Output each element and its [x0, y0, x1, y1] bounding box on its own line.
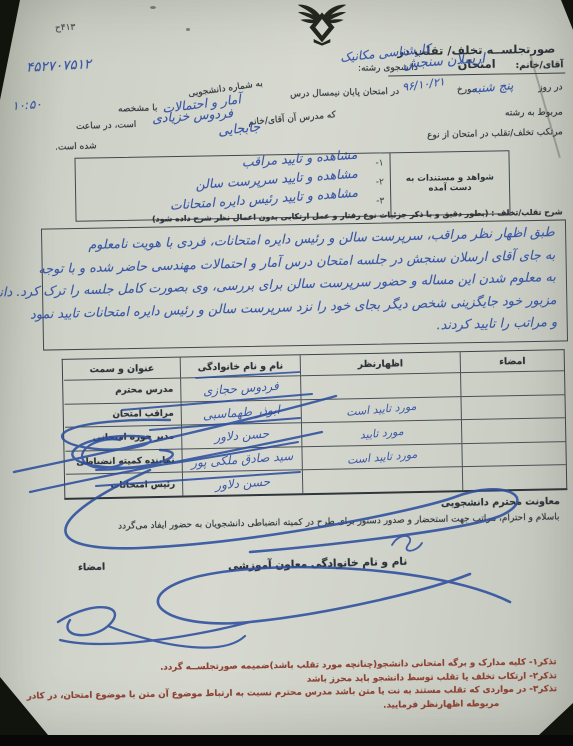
opinion-text	[302, 379, 460, 393]
evidence-item-number: ۳-	[376, 196, 384, 206]
deputy-signature-label: امضاء	[78, 562, 105, 574]
field-label-related-major: مربوط به رشته	[505, 107, 563, 118]
photo-bottom-strip	[0, 735, 573, 746]
field-label-day: در روز	[539, 82, 564, 93]
name-cell: ابوذر طهماسبی	[182, 399, 302, 425]
footer-notes: تذکر۱- کلیه مدارک و برگه امتحانی دانشجو(…	[9, 656, 558, 718]
opinion-cell	[301, 372, 461, 399]
opinion-text	[303, 473, 461, 487]
field-label-committed: شده است.	[55, 141, 97, 152]
opinion-cell: مورد تایید است	[302, 396, 462, 423]
name-cell: فردوس حجازی	[181, 375, 301, 401]
role-cell: رئیس امتحانات	[66, 472, 183, 498]
signature-cell	[462, 441, 565, 467]
name-cell: حسن دلاور	[183, 470, 303, 496]
role-cell: مدیر حوزه امتحانی	[65, 425, 182, 451]
evidence-item-number: ۱-	[375, 158, 383, 168]
description-box: طبق اظهار نظر مراقب، سرپرست سالن و رئیس …	[41, 219, 568, 350]
column-header-role: عنوان و سمت	[64, 358, 181, 380]
opinion-cell: مورد تایید	[302, 419, 462, 446]
signature-cell	[461, 394, 564, 420]
university-emblem-icon	[297, 2, 347, 46]
name-text: فردوس حجازی	[181, 377, 301, 399]
name-cell: حسن دلاور	[182, 422, 302, 448]
column-header-name: نام و نام خانوادگی	[181, 355, 301, 377]
form-code: ۴۱۳ح	[55, 23, 76, 34]
scanned-document-photo: ۴۱۳ح صورتجلســه تخلف/ تقلب در امتحان آقا…	[0, 0, 573, 746]
photo-smudge	[186, 28, 190, 31]
handwritten-time: ۱۰:۵۰	[12, 97, 43, 113]
role-cell: مدرس محترم	[64, 378, 181, 404]
handwritten-student-number: ۴۵۲۷۰۷۵۱۲	[26, 56, 92, 75]
role-cell: مراقب امتحان	[65, 401, 182, 427]
name-text: حسن دلاور	[182, 425, 302, 447]
deputy-addressee: معاونت محترم دانشجویی	[441, 496, 560, 509]
name-text: ابوذر طهماسبی	[181, 401, 301, 423]
field-label-identifier: با مشخصه	[118, 103, 158, 114]
opinion-cell: مورد تایید است	[302, 443, 462, 470]
name-text: سید صادق ملکی پور	[182, 448, 302, 470]
column-header-signature: امضاء	[461, 350, 564, 372]
signature-cell	[461, 370, 564, 396]
field-label-time: است، در ساعت	[76, 120, 137, 132]
field-label-applicant: آقای/خانم:	[515, 60, 563, 71]
signature-table: امضاء اظهارنظر نام و نام خانوادگی عنوان …	[62, 349, 568, 500]
role-cell: نماینده کمیته انضباطی	[65, 448, 182, 474]
signature-cell	[463, 465, 566, 491]
name-cell: سید صادق ملکی پور	[182, 446, 302, 472]
opinion-cell	[303, 467, 463, 494]
description-handwriting: طبق اظهار نظر مراقب، سرپرست سالن و رئیس …	[48, 222, 558, 350]
signature-cell	[462, 417, 565, 443]
evidence-label: شواهد و مستندات به دست آمده	[389, 151, 509, 215]
evidence-item-number: ۲-	[376, 177, 384, 187]
photo-smudge	[150, 6, 156, 9]
name-text: حسن دلاور	[183, 472, 303, 494]
